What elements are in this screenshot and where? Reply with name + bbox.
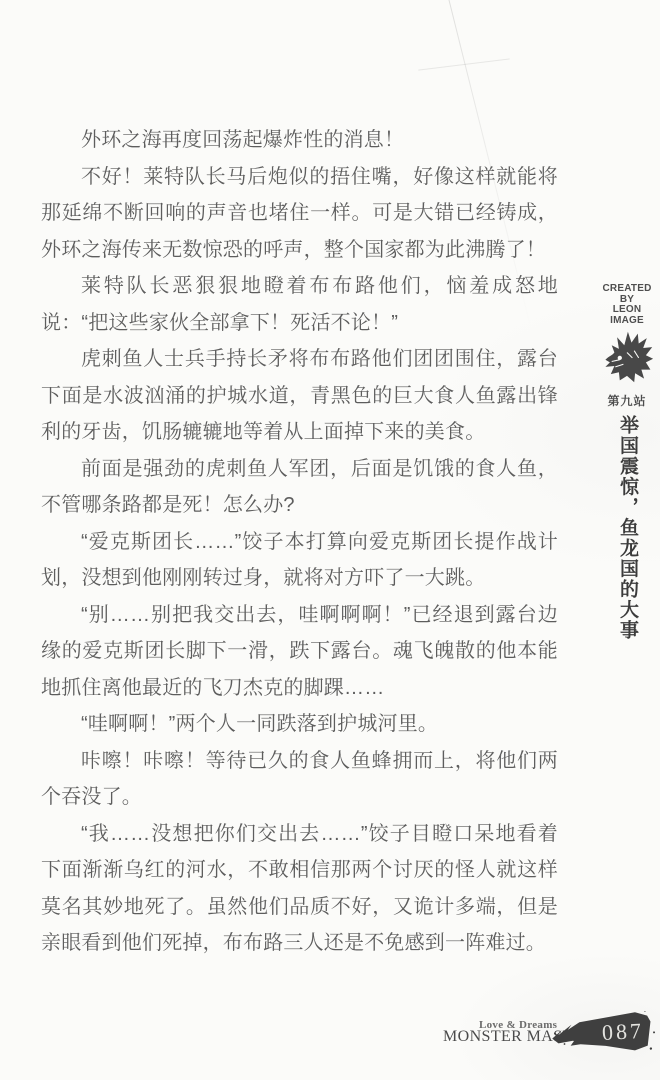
page-number-brush: 087 [549, 1011, 657, 1057]
page-number: 087 [601, 1018, 644, 1045]
station-label: 第九站 [598, 392, 656, 409]
novel-text-block: 外环之海再度回荡起爆炸性的消息！ 不好！莱特队长马后炮似的捂住嘴，好像这样就能将… [41, 122, 558, 962]
credit-line: CREATED [598, 284, 656, 295]
credit-text: CREATED BY LEON IMAGE [598, 284, 656, 326]
paragraph: “我……没想把你们交出去……”饺子目瞪口呆地看着下面渐渐乌红的河水，不敢相信那两… [41, 816, 558, 962]
paragraph: 不好！莱特队长马后炮似的捂住嘴，好像这样就能将那延绵不断回响的声音也堵住一样。可… [41, 159, 558, 269]
dragon-head-icon [600, 329, 654, 385]
credit-line: LEON [598, 305, 656, 316]
chapter-sidebar: CREATED BY LEON IMAGE 第九站 举国震惊，鱼龙国的大事 [598, 284, 656, 646]
paragraph: “爱克斯团长……”饺子本打算向爱克斯团长提作战计划，没想到他刚刚转过身，就将对方… [41, 524, 558, 597]
paragraph: “别……别把我交出去，哇啊啊啊！”已经退到露台边缘的爱克斯团长脚下一滑，跌下露台… [41, 597, 558, 707]
paragraph: 咔嚓！咔嚓！等待已久的食人鱼蜂拥而上，将他们两个吞没了。 [41, 743, 558, 816]
paragraph: “哇啊啊！”两个人一同跌落到护城河里。 [41, 706, 558, 743]
chapter-title-vertical: 举国震惊，鱼龙国的大事 [615, 415, 639, 641]
paragraph: 虎刺鱼人士兵手持长矛将布布路他们团团围住，露台下面是水波汹涌的护城水道，青黑色的… [41, 341, 558, 451]
paragraph: 外环之海再度回荡起爆炸性的消息！ [41, 122, 558, 159]
paragraph: 前面是强劲的虎刺鱼人军团，后面是饥饿的食人鱼，不管哪条路都是死！怎么办? [41, 451, 558, 524]
paragraph: 莱特队长恶狠狠地瞪着布布路他们，恼羞成怒地说：“把这些家伙全部拿下！死活不论！” [41, 268, 558, 341]
credit-line: IMAGE [598, 316, 656, 327]
